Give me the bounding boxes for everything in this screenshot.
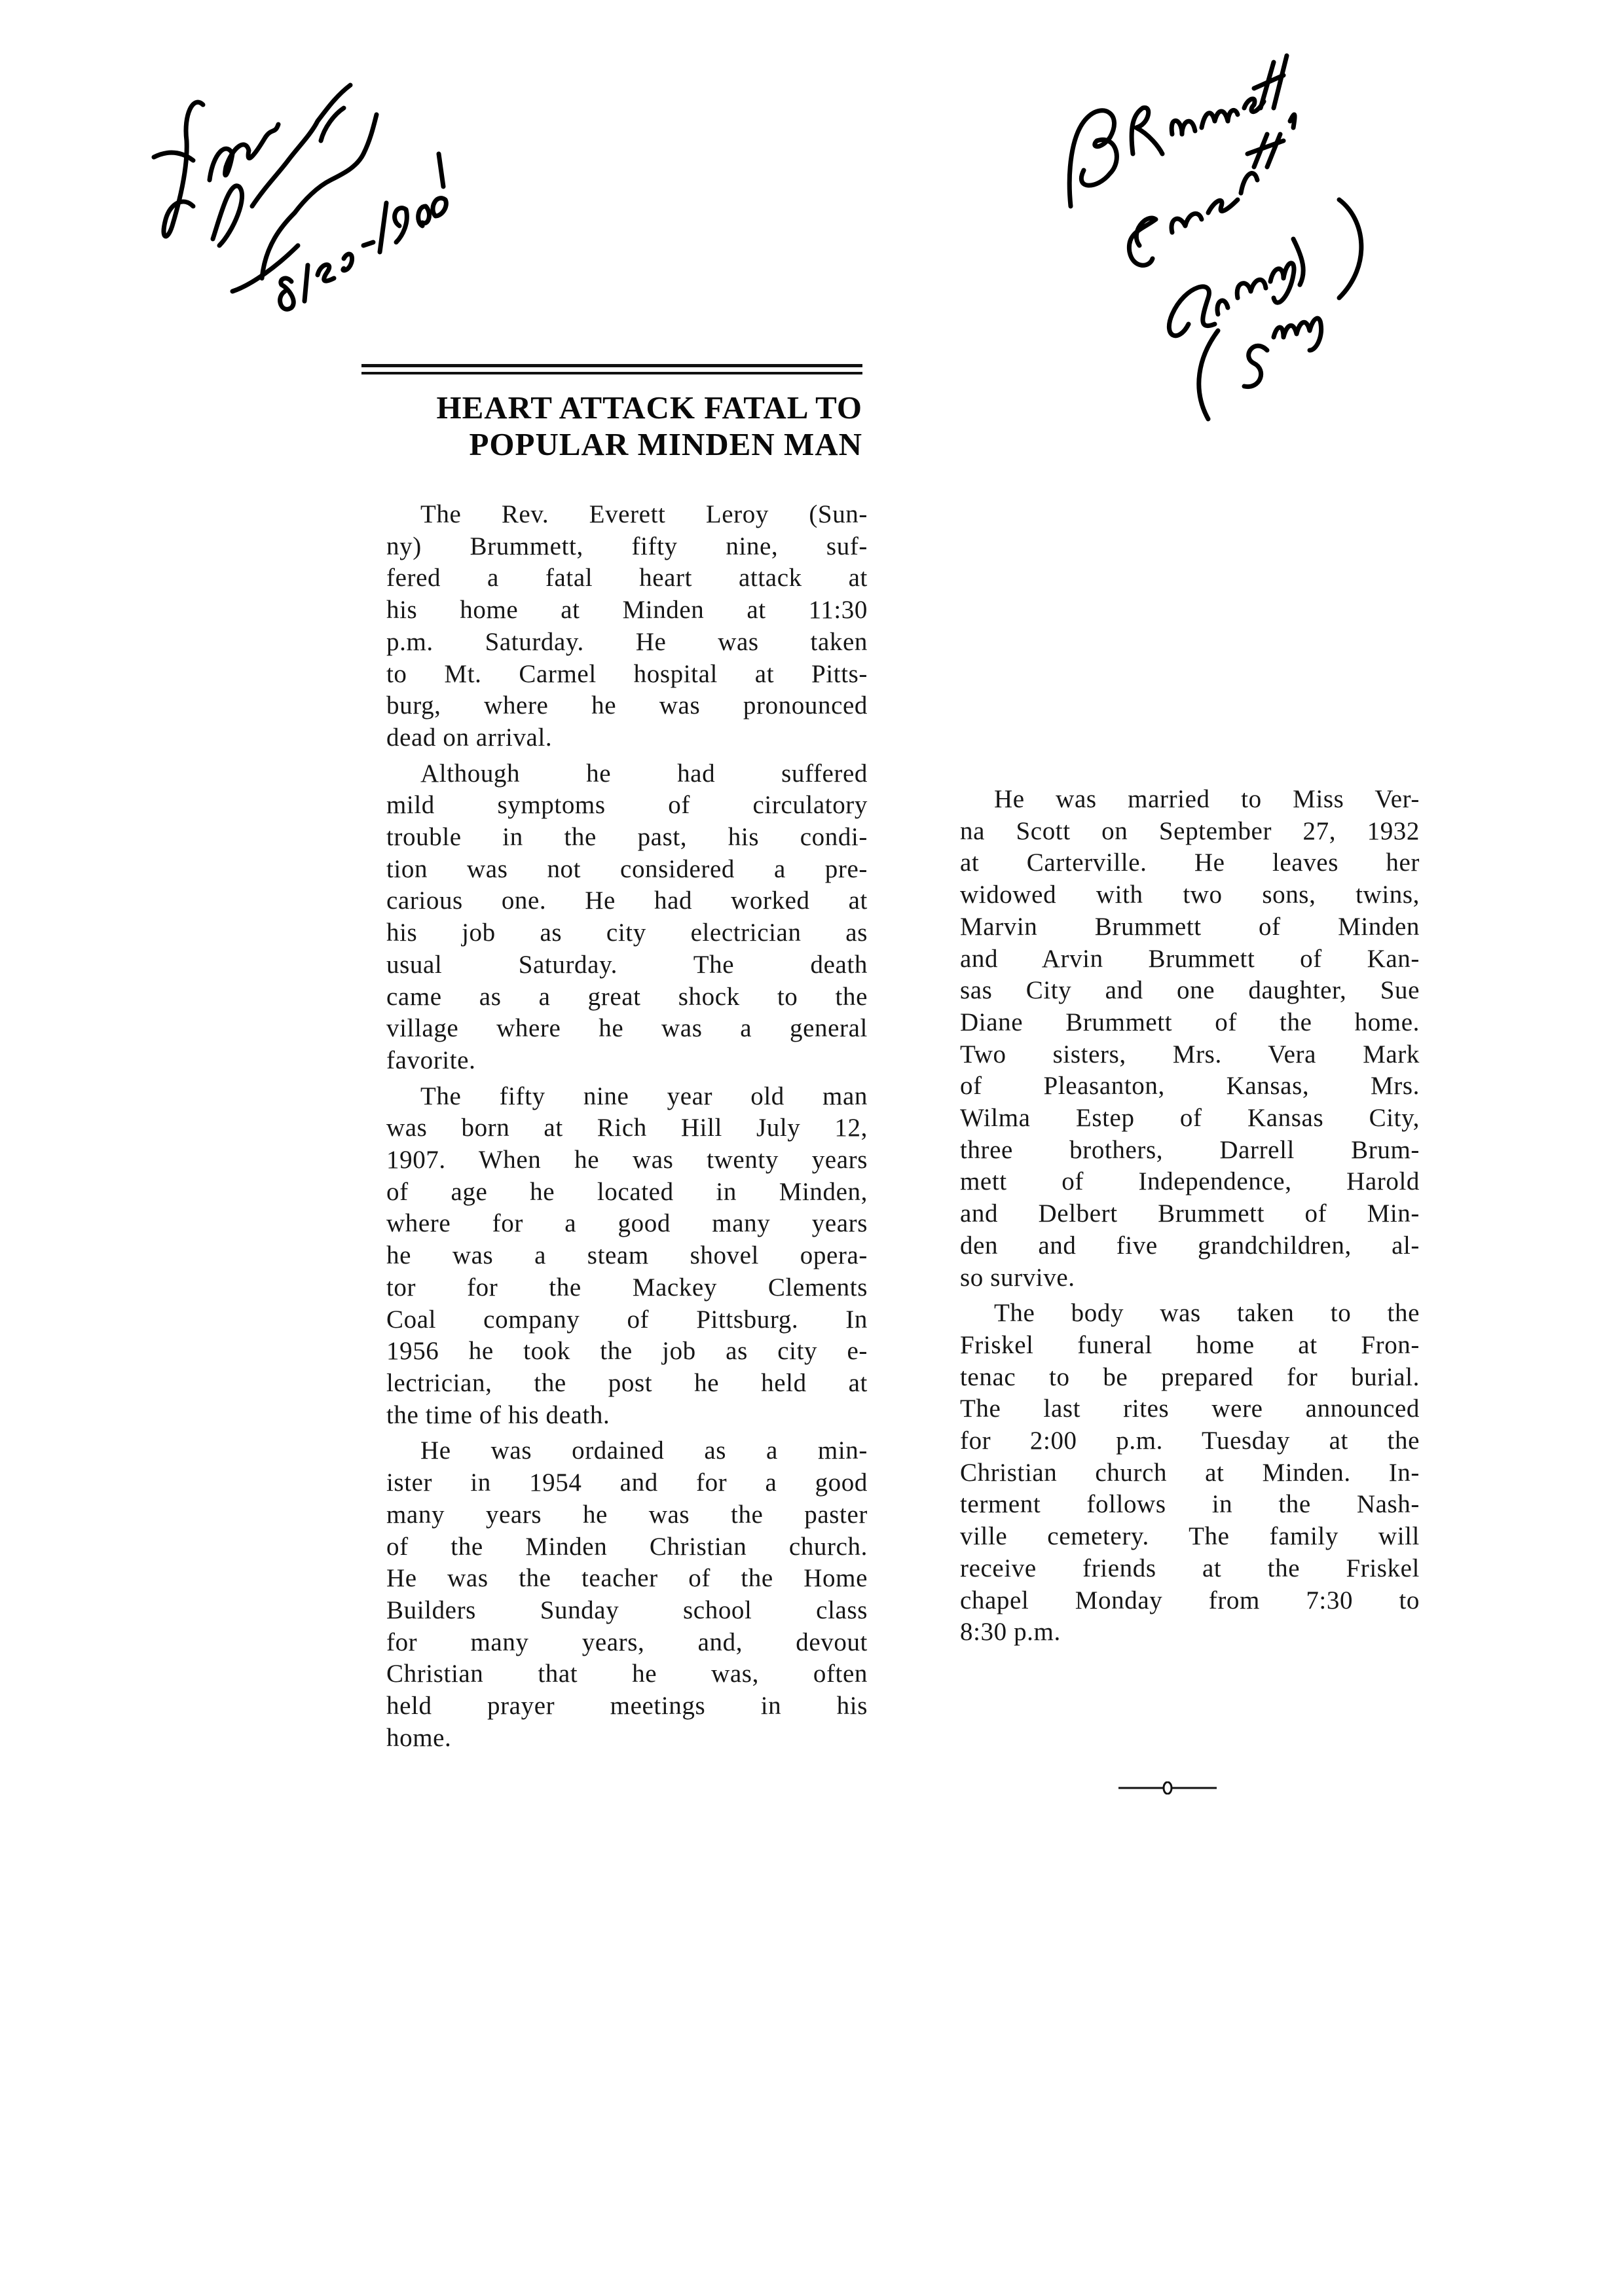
text-line: and Delbert Brummett of Min-: [960, 1198, 1420, 1230]
headline-line-1: HEART ATTACK FATAL TO: [373, 390, 862, 426]
text-line: The Rev. Everett Leroy (Sun-: [386, 499, 868, 531]
text-line: village where he was a general: [386, 1013, 868, 1045]
text-line: for 2:00 p.m. Tuesday at the: [960, 1425, 1420, 1457]
text-line: Builders Sunday school class: [386, 1595, 868, 1627]
paragraph-biography: The fifty nine year old man was born at …: [386, 1081, 868, 1432]
text-line: widowed with two sons, twins,: [960, 879, 1420, 911]
text-line: favorite.: [386, 1045, 868, 1077]
text-line: He was the teacher of the Home: [386, 1563, 868, 1595]
paragraph-health-history: Although he had suffered mild symptoms o…: [386, 758, 868, 1077]
article-headline: HEART ATTACK FATAL TO POPULAR MINDEN MAN: [373, 390, 862, 463]
headline-line-2: POPULAR MINDEN MAN: [373, 426, 862, 463]
text-line: carious one. He had worked at: [386, 885, 868, 917]
text-line: was born at Rich Hill July 12,: [386, 1112, 868, 1144]
text-line: Diane Brummett of the home.: [960, 1007, 1420, 1039]
text-line: of Pleasanton, Kansas, Mrs.: [960, 1070, 1420, 1102]
text-line: sas City and one daughter, Sue: [960, 975, 1420, 1007]
text-line: na Scott on September 27, 1932: [960, 816, 1420, 848]
text-line: of age he located in Minden,: [386, 1176, 868, 1209]
text-line: of the Minden Christian church.: [386, 1531, 868, 1563]
text-line: trouble in the past, his condi-: [386, 822, 868, 854]
text-line: Coal company of Pittsburg. In: [386, 1304, 868, 1336]
handwriting-scribble-icon: [1058, 49, 1490, 442]
text-line: ville cemetery. The family will: [960, 1521, 1420, 1553]
text-line: tion was not considered a pre-: [386, 854, 868, 886]
text-line: chapel Monday from 7:30 to: [960, 1585, 1420, 1617]
text-line: to Mt. Carmel hospital at Pitts-: [386, 659, 868, 691]
handwritten-source-note: Lamar Democrat Thursday 8/25-1966: [147, 75, 514, 324]
paragraph-survivors: He was married to Miss Ver- na Scott on …: [960, 784, 1420, 1294]
text-line: The last rites were announced: [960, 1393, 1420, 1425]
text-line: his home at Minden at 11:30: [386, 594, 868, 627]
headline-rule-top: [361, 364, 862, 367]
text-line: mild symptoms of circulatory: [386, 790, 868, 822]
text-line: held prayer meetings in his: [386, 1690, 868, 1722]
article-column-left: The Rev. Everett Leroy (Sun- ny) Brummet…: [386, 499, 868, 1754]
paragraph-funeral-arrangements: The body was taken to the Friskel funera…: [960, 1298, 1420, 1649]
text-line: den and five grandchildren, al-: [960, 1230, 1420, 1262]
text-line: his job as city electrician as: [386, 917, 868, 949]
text-line: fered a fatal heart attack at: [386, 562, 868, 594]
text-line: Two sisters, Mrs. Vera Mark: [960, 1039, 1420, 1071]
text-line: three brothers, Darrell Brum-: [960, 1135, 1420, 1167]
text-line: dead on arrival.: [386, 722, 868, 754]
text-line: tor for the Mackey Clements: [386, 1272, 868, 1304]
text-line: many years he was the paster: [386, 1499, 868, 1531]
paragraph-ministry: He was ordained as a min- ister in 1954 …: [386, 1435, 868, 1754]
divider-circle-line-icon: [1118, 1781, 1217, 1795]
text-line: Wilma Estep of Kansas City,: [960, 1102, 1420, 1135]
end-of-article-mark: —o—: [1118, 1781, 1217, 1795]
text-line: burg, where he was pronounced: [386, 690, 868, 722]
text-line: He was married to Miss Ver-: [960, 784, 1420, 816]
text-line: p.m. Saturday. He was taken: [386, 627, 868, 659]
article-column-right: He was married to Miss Ver- na Scott on …: [960, 784, 1420, 1649]
text-line: where for a good many years: [386, 1208, 868, 1240]
text-line: came as a great shock to the: [386, 981, 868, 1013]
text-line: lectrician, the post he held at: [386, 1368, 868, 1400]
text-line: home.: [386, 1722, 868, 1755]
text-line: for many years, and, devout: [386, 1627, 868, 1659]
text-line: ny) Brummett, fifty nine, suf-: [386, 531, 868, 563]
text-line: mett of Independence, Harold: [960, 1166, 1420, 1198]
text-line: he was a steam shovel opera-: [386, 1240, 868, 1272]
text-line: The body was taken to the: [960, 1298, 1420, 1330]
text-line: 1907. When he was twenty years: [386, 1144, 868, 1176]
text-line: ister in 1954 and for a good: [386, 1467, 868, 1499]
text-line: 8:30 p.m.: [960, 1616, 1420, 1649]
text-line: terment follows in the Nash-: [960, 1489, 1420, 1521]
text-line: Friskel funeral home at Fron-: [960, 1330, 1420, 1362]
text-line: receive friends at the Friskel: [960, 1553, 1420, 1585]
text-line: He was ordained as a min-: [386, 1435, 868, 1467]
text-line: Christian church at Minden. In-: [960, 1457, 1420, 1489]
text-line: The fifty nine year old man: [386, 1081, 868, 1113]
text-line: tenac to be prepared for burial.: [960, 1362, 1420, 1394]
text-line: 1956 he took the job as city e-: [386, 1336, 868, 1368]
handwritten-name-note: Brummett, Everett Leroy (Sunny): [1058, 49, 1490, 442]
text-line: Although he had suffered: [386, 758, 868, 790]
handwriting-scribble-icon: [147, 75, 514, 324]
headline-rule-bottom: [361, 372, 862, 374]
text-line: and Arvin Brummett of Kan-: [960, 943, 1420, 975]
text-line: at Carterville. He leaves her: [960, 847, 1420, 879]
text-line: so survive.: [960, 1262, 1420, 1294]
text-line: Marvin Brummett of Minden: [960, 911, 1420, 943]
text-line: the time of his death.: [386, 1400, 868, 1432]
text-line: Christian that he was, often: [386, 1658, 868, 1690]
paragraph-death-report: The Rev. Everett Leroy (Sun- ny) Brummet…: [386, 499, 868, 754]
text-line: usual Saturday. The death: [386, 949, 868, 981]
